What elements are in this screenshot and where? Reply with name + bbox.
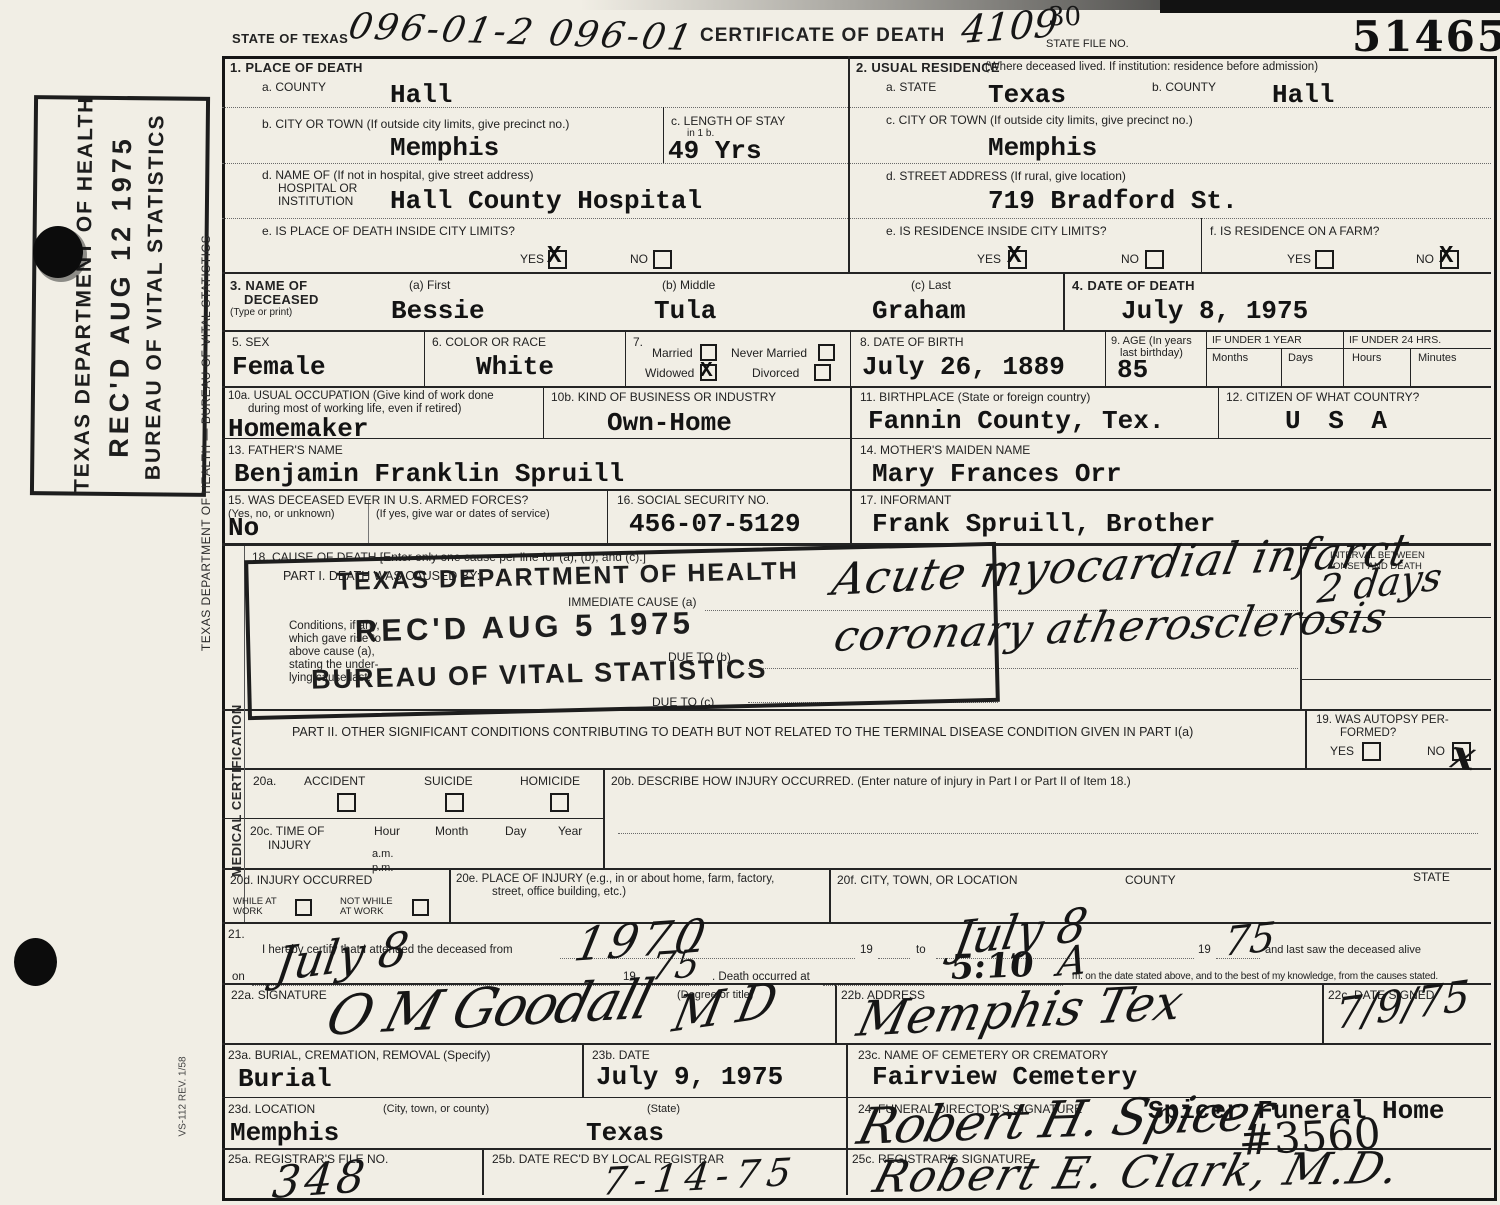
field2c-value: Memphis (988, 133, 1097, 163)
field2-title: 2. USUAL RESIDENCE (856, 60, 1000, 75)
field7-widowed-mark: X (700, 361, 713, 382)
field1c-label: c. LENGTH OF STAY (671, 114, 785, 128)
hours-label: Hours (1352, 352, 1381, 364)
field19-label1: 19. WAS AUTOPSY PER- (1316, 714, 1449, 726)
field2d-value: 719 Bradford St. (988, 186, 1238, 216)
field20c-label2: INJURY (268, 838, 311, 852)
field15-label: 15. WAS DECEASED EVER IN U.S. ARMED FORC… (228, 493, 528, 507)
field21-on: on (232, 971, 245, 983)
field11-value: Fannin County, Tex. (868, 406, 1164, 436)
received-stamp-aug5: TEXAS DEPARTMENT OF HEALTH REC'D AUG 5 1… (244, 542, 1000, 720)
field12-value: U S A (1285, 406, 1393, 436)
certificate-serial-number: 51465 (1352, 12, 1500, 61)
field19-yes-label: YES (1330, 744, 1354, 758)
field15-value: No (228, 513, 259, 543)
field23d-city-value: Memphis (230, 1118, 339, 1148)
field14-label: 14. MOTHER'S MAIDEN NAME (860, 443, 1030, 457)
stamp-line: TEXAS DEPARTMENT OF HEALTH (336, 557, 799, 597)
field7-married-checkbox (700, 344, 717, 361)
field2f-yes-checkbox (1315, 250, 1334, 269)
stamp-line: BUREAU OF VITAL STATISTICS (141, 100, 169, 492)
homicide-checkbox (550, 793, 569, 812)
field5-value: Female (232, 352, 326, 382)
field21-19-b: 19 (1198, 944, 1211, 956)
field12-label: 12. CITIZEN OF WHAT COUNTRY? (1226, 390, 1419, 404)
handwritten-death-time: 5:10 (948, 945, 1036, 988)
not-while-at-work-label2: AT WORK (340, 906, 383, 917)
state-label: STATE (1413, 870, 1450, 884)
field20a-label: 20a. (253, 774, 276, 788)
handwritten-local-file-no: 096-01-2 096-01 (345, 6, 698, 59)
field6-value: White (476, 352, 554, 382)
field9-value: 85 (1117, 355, 1148, 385)
field1e-yes-checkbox: X (548, 250, 567, 269)
field7-widowed-label: Widowed (645, 366, 694, 380)
county-label: COUNTY (1125, 873, 1176, 887)
field2e-yes-mark: X (1007, 245, 1021, 269)
certificate-title: CERTIFICATE OF DEATH (700, 25, 945, 47)
field3-label2: DECEASED (244, 292, 319, 307)
months-label: Months (1212, 352, 1248, 364)
field21-label: 21. (228, 927, 245, 941)
not-while-at-work-checkbox (412, 899, 429, 916)
field3-first-value: Bessie (391, 296, 485, 326)
field23d-sub2: (State) (647, 1103, 680, 1115)
field2e-yes-checkbox: X (1008, 250, 1027, 269)
field2e-no-checkbox (1145, 250, 1164, 269)
field3-first-label: (a) First (409, 278, 450, 292)
field23a-label: 23a. BURIAL, CREMATION, REMOVAL (Specify… (228, 1048, 491, 1062)
day-label: Day (505, 824, 526, 838)
field1d-value: Hall County Hospital (390, 186, 702, 216)
field1c-value: 49 Yrs (668, 136, 762, 166)
field7-widowed-checkbox: X (700, 364, 717, 381)
field2f-label: f. IS RESIDENCE ON A FARM? (1210, 224, 1379, 238)
stamp-line: REC'D AUG 12 1975 (103, 100, 138, 492)
field3-label3: (Type or print) (230, 307, 292, 318)
state-file-no-label: STATE FILE NO. (1046, 38, 1129, 50)
field2c-label: c. CITY OR TOWN (If outside city limits,… (886, 113, 1193, 127)
while-at-work-checkbox (295, 899, 312, 916)
field2a-value: Texas (988, 80, 1066, 110)
field23d-sub1: (City, town, or county) (383, 1103, 489, 1115)
handwritten-4109: 4109 (960, 1, 1060, 52)
field7-divorced-checkbox (814, 364, 831, 381)
field7-married-label: Married (652, 346, 693, 360)
field9-label: 9. AGE (In years (1111, 335, 1192, 347)
field14-value: Mary Frances Orr (872, 459, 1122, 489)
field19-no-label: NO (1427, 744, 1445, 758)
field1d-label3: INSTITUTION (278, 194, 353, 208)
homicide-label: HOMICIDE (520, 774, 580, 788)
hole-punch (14, 938, 57, 986)
registrar-file-no-handwritten: 348 (270, 1151, 371, 1205)
field8-value: July 26, 1889 (862, 352, 1065, 382)
field20e-label2: street, office building, etc.) (492, 886, 626, 898)
field2e-no-label: NO (1121, 252, 1139, 266)
while-at-work-label2: WORK (233, 906, 263, 917)
field13-value: Benjamin Franklin Spruill (234, 459, 624, 489)
field2f-no-checkbox: X (1440, 250, 1459, 269)
field16-value: 456-07-5129 (629, 509, 801, 539)
field21-to: to (916, 944, 926, 956)
field2a-label: a. STATE (886, 80, 936, 94)
field10b-label: 10b. KIND OF BUSINESS OR INDUSTRY (551, 390, 776, 404)
form-number: VS-112 REV. 1/58 (174, 1026, 192, 1166)
field10a-value: Homemaker (228, 414, 368, 444)
month-label: Month (435, 824, 468, 838)
field2f-no-label: NO (1416, 252, 1434, 266)
field17-value: Frank Spruill, Brother (872, 509, 1215, 539)
field5-label: 5. SEX (232, 335, 269, 349)
field2f-yes-label: YES (1287, 252, 1311, 266)
field2d-label: d. STREET ADDRESS (If rural, give locati… (886, 169, 1126, 183)
scan-streak (580, 0, 1170, 10)
field23b-value: July 9, 1975 (596, 1062, 783, 1092)
days-label: Days (1288, 352, 1313, 364)
suicide-label: SUICIDE (424, 774, 473, 788)
field20c-label1: 20c. TIME OF (250, 824, 324, 838)
field3-middle-value: Tula (654, 296, 716, 326)
handwritten-30: 30 (1048, 2, 1081, 32)
hour-label: Hour (374, 824, 400, 838)
field1e-label: e. IS PLACE OF DEATH INSIDE CITY LIMITS? (262, 224, 515, 238)
field6-label: 6. COLOR OR RACE (432, 335, 546, 349)
field1b-label: b. CITY OR TOWN (If outside city limits,… (262, 117, 569, 131)
field23d-state-value: Texas (586, 1118, 664, 1148)
field7-divorced-label: Divorced (752, 366, 799, 380)
field20e-label1: 20e. PLACE OF INJURY (e.g., in or about … (456, 873, 774, 885)
year-label: Year (558, 824, 582, 838)
stamp-line: REC'D AUG 5 1975 (354, 605, 694, 649)
field23c-label: 23c. NAME OF CEMETERY OR CREMATORY (858, 1048, 1108, 1062)
minutes-label: Minutes (1418, 352, 1457, 364)
stamp-line: BUREAU OF VITAL STATISTICS (311, 653, 768, 695)
suicide-checkbox (445, 793, 464, 812)
field7-never-married-checkbox (818, 344, 835, 361)
state-of-texas-label: STATE OF TEXAS (232, 31, 348, 46)
field4-label: 4. DATE OF DEATH (1072, 278, 1195, 293)
field7-never-married-label: Never Married (731, 346, 807, 360)
field7-label: 7. (633, 335, 643, 349)
field2b-label: b. COUNTY (1152, 80, 1216, 94)
field8-label: 8. DATE OF BIRTH (860, 335, 964, 349)
field3-last-label: (c) Last (911, 278, 951, 292)
field2b-value: Hall (1272, 80, 1334, 110)
if-under-1-year-label: IF UNDER 1 YEAR (1212, 334, 1302, 346)
field20d-label: 20d. INJURY OCCURRED (230, 873, 372, 887)
death-certificate-scan: TEXAS DEPARTMENT OF HEALTH REC'D AUG 12 … (0, 0, 1500, 1205)
field1e-no-label: NO (630, 252, 648, 266)
field13-label: 13. FATHER'S NAME (228, 443, 343, 457)
field2e-yes-label: YES (977, 252, 1001, 266)
field1e-no-checkbox (653, 250, 672, 269)
field3-middle-label: (b) Middle (662, 278, 715, 292)
accident-label: ACCIDENT (304, 774, 365, 788)
field1d-label2: HOSPITAL OR (278, 181, 357, 195)
field23d-label: 23d. LOCATION (228, 1102, 315, 1116)
field4-value: July 8, 1975 (1121, 296, 1308, 326)
field2f-no-mark: X (1439, 245, 1453, 269)
field1e-yes-mark: X (547, 245, 561, 269)
field1a-value: Hall (390, 80, 452, 110)
field16-label: 16. SOCIAL SECURITY NO. (617, 493, 769, 507)
field10b-value: Own-Home (607, 408, 732, 438)
handwritten-to-year: 75 (1222, 914, 1278, 966)
field23a-value: Burial (238, 1064, 332, 1094)
field1b-value: Memphis (390, 133, 499, 163)
am-label: a.m. (372, 848, 393, 860)
accident-checkbox (337, 793, 356, 812)
field20f-label: 20f. CITY, TOWN, OR LOCATION (837, 873, 1017, 887)
field3-label: 3. NAME OF (230, 278, 307, 293)
field17-label: 17. INFORMANT (860, 493, 951, 507)
if-under-24-hrs-label: IF UNDER 24 HRS. (1349, 334, 1441, 346)
margin-vertical-text: TEXAS DEPARTMENT OF HEALTH — BUREAU OF V… (194, 218, 218, 668)
field2e-label: e. IS RESIDENCE INSIDE CITY LIMITS? (886, 224, 1107, 238)
field2-title2: (Where deceased lived. If institution: r… (985, 61, 1318, 73)
field1d-label: d. NAME OF (If not in hospital, give str… (262, 168, 533, 182)
part2-label: PART II. OTHER SIGNIFICANT CONDITIONS CO… (292, 725, 1193, 739)
field19-yes-checkbox (1362, 742, 1381, 761)
pm-label: p.m. (372, 862, 393, 874)
handwritten-am: A (1055, 937, 1090, 986)
handwritten-on-year: 75 (648, 941, 703, 989)
field21-line1b: and last saw the deceased alive (1265, 944, 1421, 956)
received-stamp-aug12: TEXAS DEPARTMENT OF HEALTH REC'D AUG 12 … (30, 95, 210, 497)
field21-19-a: 19 (860, 944, 873, 956)
field11-label: 11. BIRTHPLACE (State or foreign country… (860, 390, 1090, 404)
field19-label2: FORMED? (1340, 727, 1396, 739)
field1a-label: a. COUNTY (262, 80, 326, 94)
field20b-label: 20b. DESCRIBE HOW INJURY OCCURRED. (Ente… (611, 774, 1131, 788)
field22a-label: 22a. SIGNATURE (231, 988, 327, 1002)
field15-sub2: (If yes, give war or dates of service) (376, 508, 550, 520)
field10a-label: 10a. USUAL OCCUPATION (Give kind of work… (228, 390, 494, 402)
field23c-value: Fairview Cemetery (872, 1062, 1137, 1092)
registrar-signature: Robert E. Clark, M.D. (868, 1143, 1407, 1203)
field3-last-value: Graham (872, 296, 966, 326)
stamp-line: TEXAS DEPARTMENT OF HEALTH (70, 100, 98, 492)
hole-punch (33, 226, 83, 278)
field1e-yes-label: YES (520, 252, 544, 266)
field23b-label: 23b. DATE (592, 1048, 650, 1062)
field1-title: 1. PLACE OF DEATH (230, 60, 363, 75)
